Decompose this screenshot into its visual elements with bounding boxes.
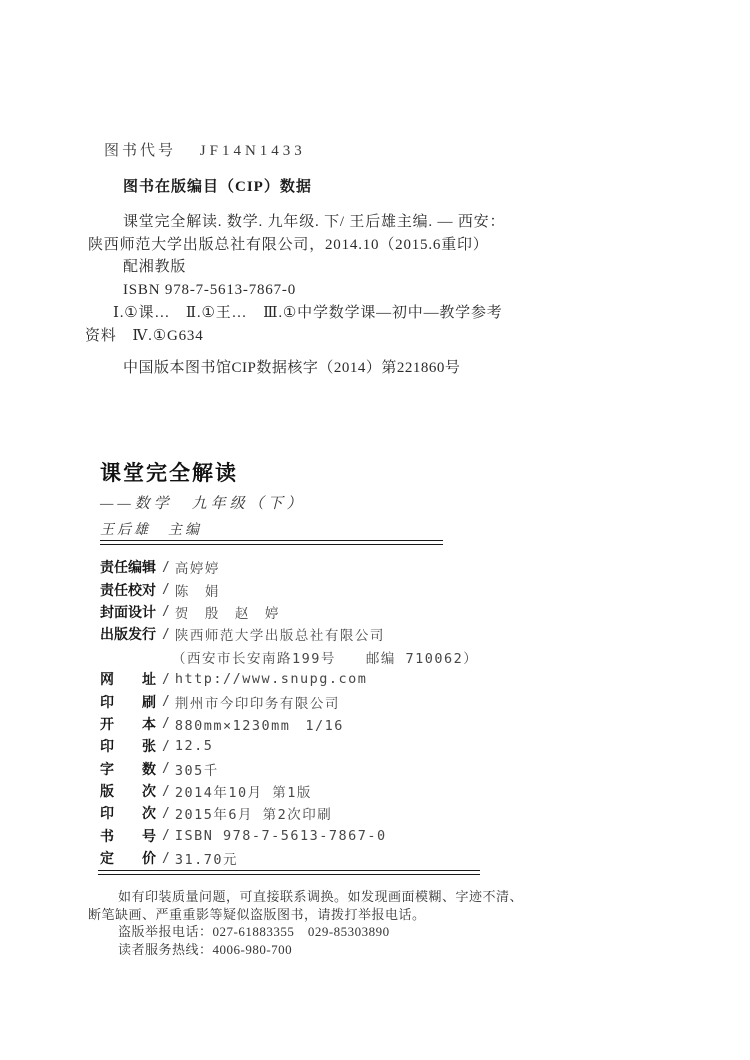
cip-class-line1: Ⅰ.①课… Ⅱ.①王… Ⅲ.①中学数学课—初中—教学参考 <box>85 302 525 325</box>
colophon-value: ISBN 978-7-5613-7867-0 <box>175 828 387 844</box>
cip-classification: Ⅰ.①课… Ⅱ.①王… Ⅲ.①中学数学课—初中—教学参考 资料 Ⅳ.①G634 <box>85 302 525 347</box>
footer-notice: 如有印装质量问题，可直接联系调换。如发现画面模糊、字迹不清、 断笔缺画、严重重影… <box>88 888 548 958</box>
colophon-value: http://www.snupg.com <box>175 671 368 687</box>
colophon-label: 字 数 <box>100 759 160 779</box>
colophon-row-website: 网 址 / http://www.snupg.com <box>100 668 520 690</box>
colophon-label: 网 址 <box>100 669 160 689</box>
colophon-row-cover-design: 封面设计 / 贺 殷 赵 婷 <box>100 601 520 623</box>
colophon-value: 贺 殷 赵 婷 <box>175 602 280 622</box>
colophon-row-sheets: 印 张 / 12.5 <box>100 735 520 757</box>
slash-separator: / <box>162 604 170 619</box>
quality-notice-line1: 如有印装质量问题，可直接联系调换。如发现画面模糊、字迹不清、 <box>88 888 548 906</box>
colophon-label: 印 刷 <box>100 692 160 712</box>
slash-separator: / <box>162 806 170 821</box>
colophon-label: 开 本 <box>100 714 160 734</box>
slash-separator: / <box>162 716 170 731</box>
quality-notice-line2: 断笔缺画、严重重影等疑似盗版图书，请拨打举报电话。 <box>88 906 548 924</box>
colophon-label: 印 次 <box>100 803 160 823</box>
colophon-label: 出版发行 <box>100 624 160 644</box>
colophon-row-proofreader: 责任校对 / 陈 娟 <box>100 578 520 600</box>
colophon-row-edition: 版 次 / 2014年10月 第1版 <box>100 780 520 802</box>
colophon-label: 印 张 <box>100 736 160 756</box>
slash-separator: / <box>162 694 170 709</box>
colophon-value: 陈 娟 <box>175 580 220 600</box>
piracy-hotline: 盗版举报电话：027-61883355 029-85303890 <box>88 923 548 941</box>
cip-heading: 图书在版编目（CIP）数据 <box>123 175 312 196</box>
colophon-label: 责任编辑 <box>100 557 160 577</box>
service-hotline: 读者服务热线：4006-980-700 <box>88 941 548 959</box>
cip-record-paragraph: 课堂完全解读. 数学. 九年级. 下/ 王后雄主编. — 西安： 陕西师范大学出… <box>88 211 528 301</box>
slash-separator: / <box>162 761 170 776</box>
colophon-value: 高婷婷 <box>175 557 220 577</box>
cip-edition-note: 配湘教版 <box>88 256 528 279</box>
colophon-value: 2014年10月 第1版 <box>175 781 312 801</box>
slash-separator: / <box>162 739 170 754</box>
copyright-page: 图书代号 JF14N1433 图书在版编目（CIP）数据 课堂完全解读. 数学.… <box>0 0 750 1060</box>
book-code-label: 图书代号 <box>104 143 176 159</box>
colophon-value: 305千 <box>175 759 219 779</box>
colophon-row-format: 开 本 / 880mm×1230mm 1/16 <box>100 713 520 735</box>
colophon-value: 31.70元 <box>175 848 238 868</box>
colophon-value: （西安市长安南路199号 邮编 710062） <box>172 647 478 667</box>
colophon-value: 荆州市今印印务有限公司 <box>175 692 340 712</box>
slash-separator: / <box>162 582 170 597</box>
colophon-row-price: 定 价 / 31.70元 <box>100 847 520 869</box>
slash-separator: / <box>162 672 170 687</box>
colophon-value: 陕西师范大学出版总社有限公司 <box>175 624 385 644</box>
book-subtitle: ——数学 九年级（下） <box>100 492 306 513</box>
top-double-rule <box>100 540 443 545</box>
colophon-list: 责任编辑 / 高婷婷 责任校对 / 陈 娟 封面设计 / 贺 殷 赵 婷 出版发… <box>100 556 520 869</box>
book-editor: 王后雄 主编 <box>100 519 202 539</box>
colophon-row-editor: 责任编辑 / 高婷婷 <box>100 556 520 578</box>
book-title: 课堂完全解读 <box>100 457 238 487</box>
cip-class-line2: 资料 Ⅳ.①G634 <box>85 325 525 348</box>
colophon-row-impression: 印 次 / 2015年6月 第2次印刷 <box>100 802 520 824</box>
bottom-double-rule <box>98 870 480 875</box>
colophon-value: 880mm×1230mm 1/16 <box>175 714 344 734</box>
colophon-label: 定 价 <box>100 848 160 868</box>
colophon-value: 2015年6月 第2次印刷 <box>175 803 332 823</box>
colophon-row-isbn: 书 号 / ISBN 978-7-5613-7867-0 <box>100 825 520 847</box>
cip-registry-line: 中国版本图书馆CIP数据核字（2014）第221860号 <box>123 356 460 377</box>
colophon-row-wordcount: 字 数 / 305千 <box>100 758 520 780</box>
slash-separator: / <box>162 627 170 642</box>
slash-separator: / <box>162 828 170 843</box>
slash-separator: / <box>162 851 170 866</box>
cip-record-line1: 课堂完全解读. 数学. 九年级. 下/ 王后雄主编. — 西安： <box>88 211 528 234</box>
cip-record-line2: 陕西师范大学出版总社有限公司，2014.10（2015.6重印） <box>88 234 528 257</box>
colophon-label: 责任校对 <box>100 580 160 600</box>
colophon-label: 版 次 <box>100 781 160 801</box>
colophon-label: 书 号 <box>100 826 160 846</box>
colophon-row-publisher-address: （西安市长安南路199号 邮编 710062） <box>100 646 520 668</box>
cip-isbn-line: ISBN 978-7-5613-7867-0 <box>88 279 528 302</box>
colophon-label: 封面设计 <box>100 602 160 622</box>
colophon-row-publisher: 出版发行 / 陕西师范大学出版总社有限公司 <box>100 623 520 645</box>
book-code-line: 图书代号 JF14N1433 <box>104 139 306 160</box>
slash-separator: / <box>162 784 170 799</box>
colophon-row-printer: 印 刷 / 荆州市今印印务有限公司 <box>100 690 520 712</box>
colophon-value: 12.5 <box>175 738 214 754</box>
slash-separator: / <box>162 560 170 575</box>
book-code-value: JF14N1433 <box>200 143 306 159</box>
